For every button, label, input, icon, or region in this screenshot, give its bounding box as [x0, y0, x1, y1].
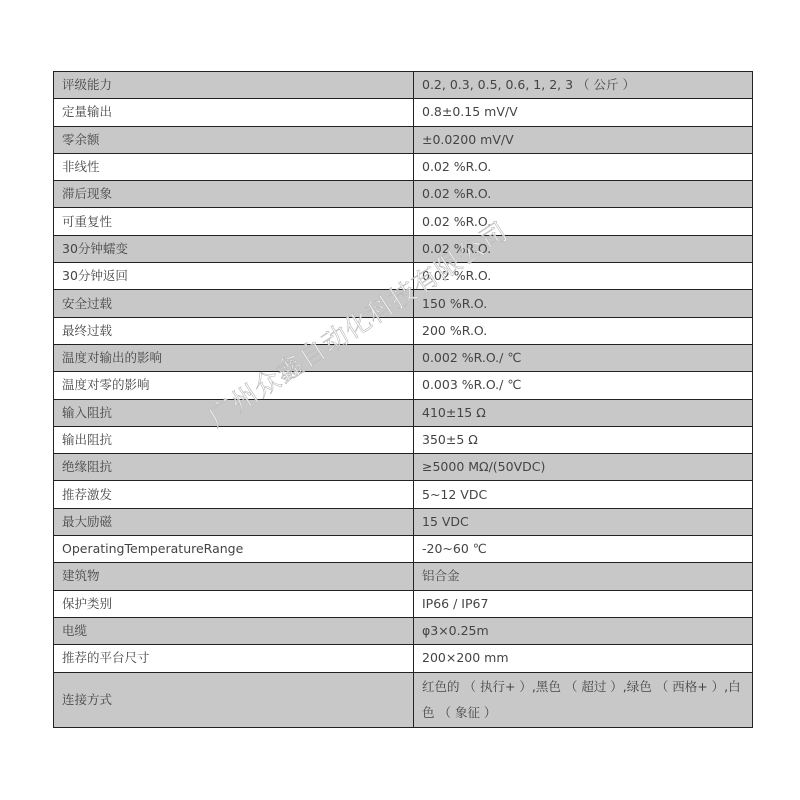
table-row: 绝缘阻抗≥5000 MΩ/(50VDC) — [54, 454, 753, 481]
spec-value: 0.8±0.15 mV/V — [414, 99, 753, 126]
spec-label: 温度对输出的影响 — [54, 344, 414, 371]
spec-label: OperatingTemperatureRange — [54, 536, 414, 563]
spec-value: ≥5000 MΩ/(50VDC) — [414, 454, 753, 481]
spec-label: 非线性 — [54, 153, 414, 180]
spec-label: 滞后现象 — [54, 181, 414, 208]
table-row: 可重复性0.02 %R.O. — [54, 208, 753, 235]
spec-value: 0.02 %R.O. — [414, 208, 753, 235]
spec-label: 可重复性 — [54, 208, 414, 235]
spec-value: 200×200 mm — [414, 645, 753, 672]
table-row: 零余额±0.0200 mV/V — [54, 126, 753, 153]
spec-value: 200 %R.O. — [414, 317, 753, 344]
table-row: 连接方式红色的 （ 执行+ ）,黑色 （ 超过 ）,绿色 （ 西格+ ）,白色 … — [54, 672, 753, 727]
spec-label: 推荐激发 — [54, 481, 414, 508]
spec-label: 建筑物 — [54, 563, 414, 590]
spec-value: 5~12 VDC — [414, 481, 753, 508]
spec-value: 150 %R.O. — [414, 290, 753, 317]
table-row: OperatingTemperatureRange-20~60 ℃ — [54, 536, 753, 563]
spec-value: 红色的 （ 执行+ ）,黑色 （ 超过 ）,绿色 （ 西格+ ）,白色 （ 象征… — [414, 672, 753, 727]
table-row: 温度对输出的影响0.002 %R.O./ ℃ — [54, 344, 753, 371]
spec-value: 0.02 %R.O. — [414, 235, 753, 262]
spec-label: 30分钟蠕变 — [54, 235, 414, 262]
spec-table: 评级能力0.2, 0.3, 0.5, 0.6, 1, 2, 3 （ 公斤 ）定量… — [53, 71, 753, 728]
table-row: 定量输出0.8±0.15 mV/V — [54, 99, 753, 126]
table-row: 最终过载200 %R.O. — [54, 317, 753, 344]
spec-value: 410±15 Ω — [414, 399, 753, 426]
spec-value: 0.002 %R.O./ ℃ — [414, 344, 753, 371]
spec-value: φ3×0.25m — [414, 617, 753, 644]
spec-value: 15 VDC — [414, 508, 753, 535]
spec-value: ±0.0200 mV/V — [414, 126, 753, 153]
spec-label: 温度对零的影响 — [54, 372, 414, 399]
table-row: 推荐的平台尺寸200×200 mm — [54, 645, 753, 672]
spec-label: 输入阻抗 — [54, 399, 414, 426]
spec-label: 绝缘阻抗 — [54, 454, 414, 481]
spec-value: 350±5 Ω — [414, 426, 753, 453]
spec-value: -20~60 ℃ — [414, 536, 753, 563]
spec-value: 0.02 %R.O. — [414, 181, 753, 208]
table-row: 评级能力0.2, 0.3, 0.5, 0.6, 1, 2, 3 （ 公斤 ） — [54, 72, 753, 99]
table-row: 输入阻抗410±15 Ω — [54, 399, 753, 426]
spec-value: 0.003 %R.O./ ℃ — [414, 372, 753, 399]
spec-label: 最大励磁 — [54, 508, 414, 535]
spec-label: 连接方式 — [54, 672, 414, 727]
table-row: 输出阻抗350±5 Ω — [54, 426, 753, 453]
table-row: 电缆φ3×0.25m — [54, 617, 753, 644]
spec-label: 保护类别 — [54, 590, 414, 617]
spec-label: 评级能力 — [54, 72, 414, 99]
table-row: 滞后现象0.02 %R.O. — [54, 181, 753, 208]
table-row: 推荐激发5~12 VDC — [54, 481, 753, 508]
spec-value: 0.02 %R.O. — [414, 153, 753, 180]
table-row: 30分钟蠕变0.02 %R.O. — [54, 235, 753, 262]
spec-label: 定量输出 — [54, 99, 414, 126]
spec-label: 30分钟返回 — [54, 263, 414, 290]
spec-label: 电缆 — [54, 617, 414, 644]
spec-label: 推荐的平台尺寸 — [54, 645, 414, 672]
spec-value: 0.02 %R.O. — [414, 263, 753, 290]
table-row: 建筑物铝合金 — [54, 563, 753, 590]
spec-value: IP66 / IP67 — [414, 590, 753, 617]
spec-label: 输出阻抗 — [54, 426, 414, 453]
spec-value: 铝合金 — [414, 563, 753, 590]
table-row: 非线性0.02 %R.O. — [54, 153, 753, 180]
table-row: 安全过载150 %R.O. — [54, 290, 753, 317]
spec-label: 安全过载 — [54, 290, 414, 317]
table-row: 温度对零的影响0.003 %R.O./ ℃ — [54, 372, 753, 399]
table-row: 30分钟返回0.02 %R.O. — [54, 263, 753, 290]
table-row: 保护类别IP66 / IP67 — [54, 590, 753, 617]
spec-value: 0.2, 0.3, 0.5, 0.6, 1, 2, 3 （ 公斤 ） — [414, 72, 753, 99]
spec-label: 零余额 — [54, 126, 414, 153]
spec-label: 最终过载 — [54, 317, 414, 344]
table-row: 最大励磁15 VDC — [54, 508, 753, 535]
